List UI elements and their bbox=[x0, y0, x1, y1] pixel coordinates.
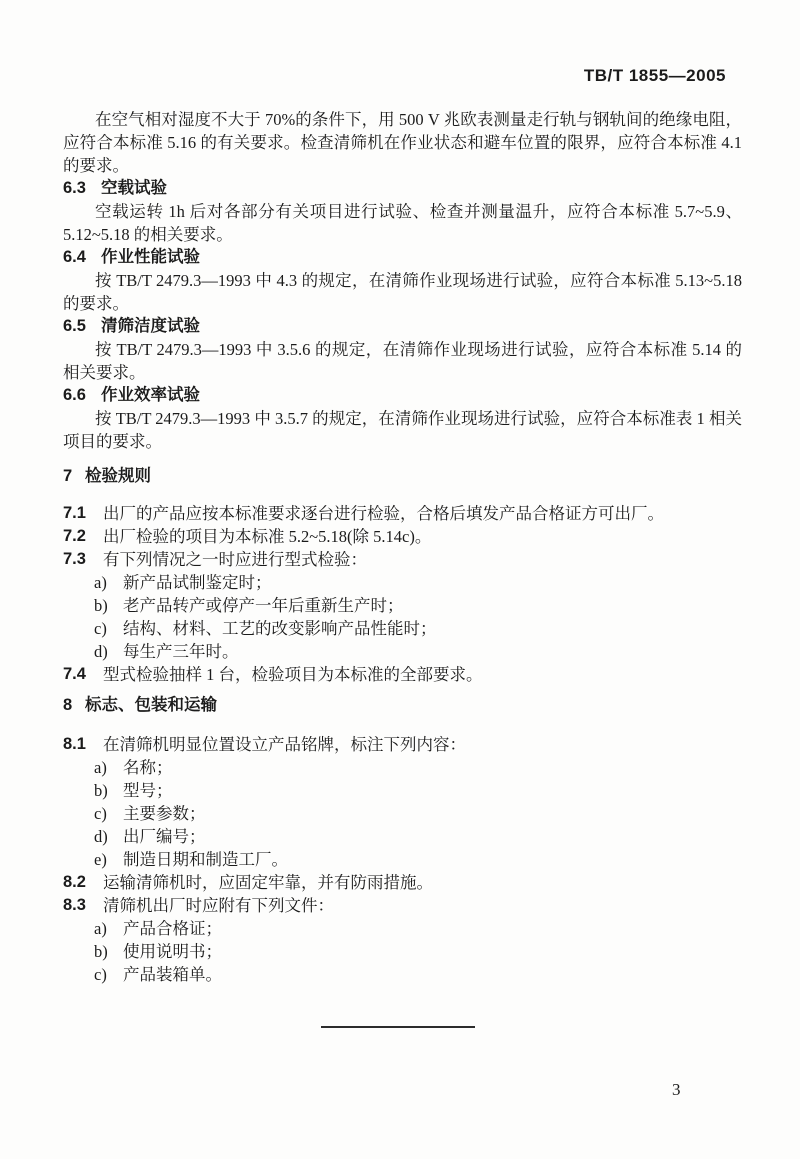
chapter-title: 检验规则 bbox=[85, 465, 151, 488]
section-body-6-6: 按 TB/T 2479.3—1993 中 3.5.7 的规定，在清筛作业现场进行… bbox=[63, 407, 742, 453]
list-item: a) 产品合格证； bbox=[63, 917, 742, 940]
section-title: 作业效率试验 bbox=[101, 384, 200, 407]
clause-7-2: 7.2 出厂检验的项目为本标准 5.2~5.18(除 5.14c)。 bbox=[63, 525, 742, 548]
list-item-label: a) bbox=[94, 917, 123, 940]
list-item: d) 每生产三年时。 bbox=[63, 640, 742, 663]
list-item-text: 每生产三年时。 bbox=[123, 640, 239, 663]
list-item: b) 型号； bbox=[63, 779, 742, 802]
clause-text: 在清筛机明显位置设立产品铭牌，标注下列内容： bbox=[103, 733, 742, 756]
list-item-label: d) bbox=[94, 640, 123, 663]
list-item-text: 产品合格证； bbox=[123, 917, 222, 940]
list-item-label: e) bbox=[94, 848, 123, 871]
list-item: c) 主要参数； bbox=[63, 802, 742, 825]
clause-number: 7.4 bbox=[63, 663, 103, 686]
section-heading-6-4: 6.4 作业性能试验 bbox=[63, 246, 742, 269]
chapter-heading-8: 8 标志、包装和运输 bbox=[63, 694, 742, 717]
list-item: b) 老产品转产或停产一年后重新生产时； bbox=[63, 594, 742, 617]
clause-number: 8.3 bbox=[63, 894, 103, 917]
clause-text: 出厂的产品应按本标准要求逐台进行检验，合格后填发产品合格证方可出厂。 bbox=[103, 502, 742, 525]
section-number: 6.6 bbox=[63, 384, 101, 407]
document-page: TB/T 1855—2005 在空气相对湿度不大于 70%的条件下，用 500 … bbox=[0, 0, 800, 1159]
list-item-label: d) bbox=[94, 825, 123, 848]
intro-paragraph: 在空气相对湿度不大于 70%的条件下，用 500 V 兆欧表测量走行轨与钢轨间的… bbox=[63, 108, 742, 177]
list-item-text: 主要参数； bbox=[123, 802, 206, 825]
clause-number: 8.1 bbox=[63, 733, 103, 756]
end-of-document-divider bbox=[321, 1026, 475, 1028]
chapter-number: 8 bbox=[63, 694, 85, 717]
list-item: c) 产品装箱单。 bbox=[63, 963, 742, 986]
list-item-label: a) bbox=[94, 756, 123, 779]
clause-number: 7.3 bbox=[63, 548, 103, 571]
list-item-label: a) bbox=[94, 571, 123, 594]
section-body-6-3: 空载运转 1h 后对各部分有关项目进行试验、检查并测量温升，应符合本标准 5.7… bbox=[63, 200, 742, 246]
list-item-label: b) bbox=[94, 940, 123, 963]
chapter-number: 7 bbox=[63, 465, 85, 488]
list-item-text: 名称； bbox=[123, 756, 173, 779]
section-number: 6.3 bbox=[63, 177, 101, 200]
list-item-text: 产品装箱单。 bbox=[123, 963, 222, 986]
clause-text: 清筛机出厂时应附有下列文件： bbox=[103, 894, 742, 917]
list-item: e) 制造日期和制造工厂。 bbox=[63, 848, 742, 871]
section-title: 作业性能试验 bbox=[101, 246, 200, 269]
clause-text: 出厂检验的项目为本标准 5.2~5.18(除 5.14c)。 bbox=[103, 525, 742, 548]
list-item: a) 新产品试制鉴定时； bbox=[63, 571, 742, 594]
section-heading-6-5: 6.5 清筛洁度试验 bbox=[63, 315, 742, 338]
section-title: 清筛洁度试验 bbox=[101, 315, 200, 338]
section-heading-6-6: 6.6 作业效率试验 bbox=[63, 384, 742, 407]
list-item-text: 型号； bbox=[123, 779, 173, 802]
section-title: 空载试验 bbox=[101, 177, 167, 200]
section-body-6-4: 按 TB/T 2479.3—1993 中 4.3 的规定，在清筛作业现场进行试验… bbox=[63, 269, 742, 315]
section-heading-6-3: 6.3 空载试验 bbox=[63, 177, 742, 200]
clause-7-1: 7.1 出厂的产品应按本标准要求逐台进行检验，合格后填发产品合格证方可出厂。 bbox=[63, 502, 742, 525]
clause-7-3: 7.3 有下列情况之一时应进行型式检验： bbox=[63, 548, 742, 571]
list-item-text: 出厂编号； bbox=[123, 825, 206, 848]
chapter-heading-7: 7 检验规则 bbox=[63, 465, 742, 488]
clause-7-4: 7.4 型式检验抽样 1 台，检验项目为本标准的全部要求。 bbox=[63, 663, 742, 686]
chapter-title: 标志、包装和运输 bbox=[85, 694, 217, 717]
clause-8-3: 8.3 清筛机出厂时应附有下列文件： bbox=[63, 894, 742, 917]
list-item-text: 制造日期和制造工厂。 bbox=[123, 848, 288, 871]
clause-number: 7.2 bbox=[63, 525, 103, 548]
list-item: d) 出厂编号； bbox=[63, 825, 742, 848]
list-item: b) 使用说明书； bbox=[63, 940, 742, 963]
list-item-label: b) bbox=[94, 594, 123, 617]
clause-8-1: 8.1 在清筛机明显位置设立产品铭牌，标注下列内容： bbox=[63, 733, 742, 756]
clause-text: 运输清筛机时，应固定牢靠，并有防雨措施。 bbox=[103, 871, 742, 894]
list-item-text: 老产品转产或停产一年后重新生产时； bbox=[123, 594, 404, 617]
list-item: a) 名称； bbox=[63, 756, 742, 779]
page-number: 3 bbox=[672, 1080, 681, 1100]
list-item-text: 结构、材料、工艺的改变影响产品性能时； bbox=[123, 617, 437, 640]
list-item-label: c) bbox=[94, 617, 123, 640]
list-item-text: 新产品试制鉴定时； bbox=[123, 571, 272, 594]
list-item-label: c) bbox=[94, 963, 123, 986]
section-number: 6.5 bbox=[63, 315, 101, 338]
clause-number: 7.1 bbox=[63, 502, 103, 525]
clause-text: 型式检验抽样 1 台，检验项目为本标准的全部要求。 bbox=[103, 663, 742, 686]
clause-number: 8.2 bbox=[63, 871, 103, 894]
clause-text: 有下列情况之一时应进行型式检验： bbox=[103, 548, 742, 571]
list-item: c) 结构、材料、工艺的改变影响产品性能时； bbox=[63, 617, 742, 640]
list-item-text: 使用说明书； bbox=[123, 940, 222, 963]
standard-code-header: TB/T 1855—2005 bbox=[584, 66, 726, 86]
document-content: 在空气相对湿度不大于 70%的条件下，用 500 V 兆欧表测量走行轨与钢轨间的… bbox=[63, 108, 742, 1028]
section-number: 6.4 bbox=[63, 246, 101, 269]
clause-8-2: 8.2 运输清筛机时，应固定牢靠，并有防雨措施。 bbox=[63, 871, 742, 894]
list-item-label: b) bbox=[94, 779, 123, 802]
section-body-6-5: 按 TB/T 2479.3—1993 中 3.5.6 的规定，在清筛作业现场进行… bbox=[63, 338, 742, 384]
list-item-label: c) bbox=[94, 802, 123, 825]
